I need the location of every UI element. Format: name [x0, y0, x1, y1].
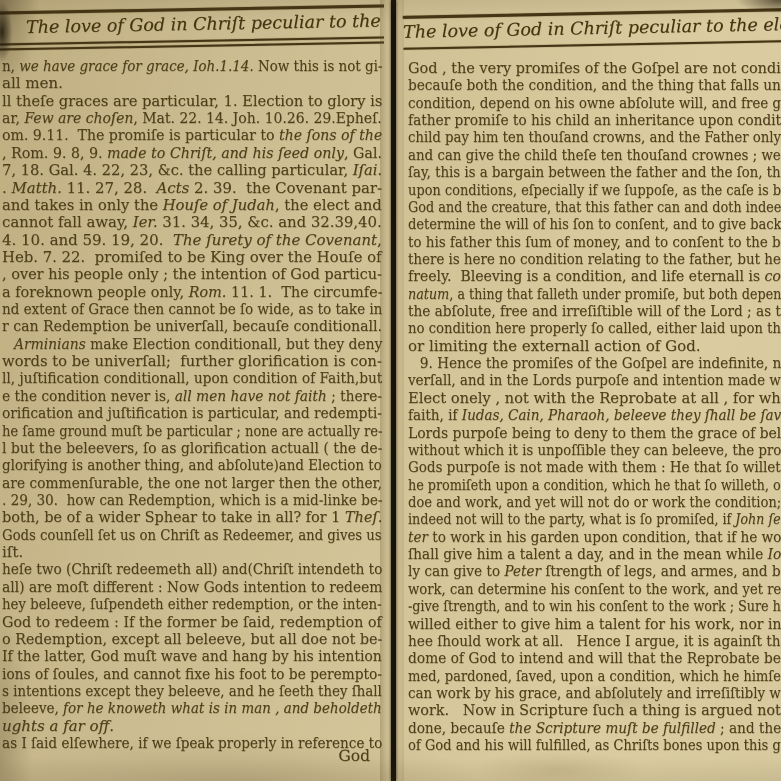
text-line: of God and his will fulfilled, as Chriſt… — [408, 737, 733, 754]
text-line: n, we have grace for grace, Ioh.1.14. No… — [2, 58, 343, 75]
text-line: God , the very promiſes of the Goſpel ar… — [408, 60, 767, 77]
text-line: can work by his grace, and abſolutely an… — [408, 685, 740, 702]
text-line: -give ſtrength, and to win his conſent t… — [408, 598, 724, 615]
text-line: the abſolute, free and irreſiſtible will… — [408, 303, 747, 320]
text-line: freely. Bleeving is a condition, and lif… — [408, 268, 757, 285]
text-line: verſall, and in the Lords purpoſe and in… — [408, 372, 741, 389]
text-line: ar, Few are choſen, Mat. 22. 14. Joh. 10… — [2, 110, 356, 127]
text-line: Lords purpoſe being to deny to them the … — [408, 425, 752, 442]
text-line: nd extent of Grace then cannot be ſo wid… — [2, 301, 343, 318]
text-line: ions of ſoules, and cannot fixe his foot… — [2, 666, 350, 683]
text-line: all men. — [2, 75, 382, 92]
text-line: Gods counſell ſet us on Chriſt as Redeem… — [2, 527, 337, 544]
right-running-header: The love of God in Chriſt peculiar to th… — [403, 8, 781, 49]
text-line: are commenſurable, the one not larger th… — [2, 475, 352, 492]
text-line: e the condition never is, all men have n… — [2, 388, 350, 405]
text-line: 7, 18. Gal. 4. 22, 23, &c. the calling p… — [2, 162, 373, 179]
text-line: ll, juſtification conditionall, upon con… — [2, 370, 348, 387]
text-line: natum, a thing that falleth under promiſ… — [408, 286, 725, 303]
text-line: no condition here properly ſo called, ei… — [408, 320, 736, 337]
text-line: father promiſe to his child an inheritan… — [408, 112, 748, 129]
text-line: o Redemption, except all beleeve, but al… — [2, 631, 363, 648]
text-line: a foreknown people only, Rom. 11. 1. The… — [2, 284, 367, 301]
text-line: Gods purpoſe is not made with them : He … — [408, 459, 742, 476]
text-line: . Matth. 11. 27, 28. Acts 2. 39. the Cov… — [2, 180, 379, 197]
text-line: hee ſhould work at all. Hence I argue, i… — [408, 633, 747, 650]
text-line: ughts a far off. — [2, 718, 382, 735]
text-line: , Rom. 9. 8, 9. made to Chriſt, and his … — [2, 145, 362, 162]
text-line: ſhall give him a talent a day, and in th… — [408, 546, 749, 563]
text-line: l but the beleevers, ſo as glorification… — [2, 440, 355, 457]
text-line: beleeve, for he knoweth what is in man ,… — [2, 700, 343, 717]
text-line: doe and work, and yet will not do or wor… — [408, 494, 733, 511]
right-page: The love of God in Chriſt peculiar to th… — [401, 0, 781, 781]
text-line: ll theſe graces are particular, 1. Elect… — [2, 93, 373, 110]
book-scan: { "document": { "running_title": "The lo… — [0, 0, 781, 781]
right_page-lines: God , the very promiſes of the Goſpel ar… — [408, 60, 781, 754]
text-line: r can Redemption be univerſall, becauſe … — [2, 318, 359, 335]
left-page: The love of God in Chriſt peculiar to th… — [0, 0, 384, 781]
catchword: God — [0, 747, 370, 765]
text-line: willed either to give him a talent for h… — [408, 616, 757, 633]
text-line: indeed not will to the party, what is ſo… — [408, 511, 723, 528]
text-line: work, can determine his conſent to the w… — [408, 581, 735, 598]
text-line: determine the will of his ſon to conſent… — [408, 216, 731, 233]
text-line: both, be of a wider Sphear to take in al… — [2, 509, 368, 526]
text-line: 4. 10. and 59. 19, 20. The ſurety of the… — [2, 232, 381, 249]
text-line: 9. Hence the promiſes of the Goſpel are … — [408, 355, 747, 372]
text-line: faith, if Iudas, Cain, Pharaoh, beleeve … — [408, 407, 744, 424]
text-line: heſe two (Chriſt redeemeth all) and(Chri… — [2, 561, 347, 578]
text-line: to his father this ſum of money, and to … — [408, 234, 742, 251]
text-line: . 29, 30. how can Redemption, which is a… — [2, 492, 345, 509]
text-line: words to be univerſall; further glorific… — [2, 353, 375, 370]
text-line: and can give the child theſe ten thouſan… — [408, 147, 740, 164]
text-line: ſay, this is a bargain between the fathe… — [408, 164, 739, 181]
text-line: Heb. 7. 22. promiſed to be King over the… — [2, 249, 378, 266]
text-line: , over his people only ; the intention o… — [2, 266, 368, 283]
left_page-lines: n, we have grace for grace, Ioh.1.14. No… — [2, 58, 382, 752]
text-line: becauſe both the condition, and the thin… — [408, 77, 746, 94]
text-line: Elect onely , not with the Reprobate at … — [408, 390, 772, 407]
left-running-header: The love of God in Chriſt peculiar to th… — [0, 4, 384, 50]
text-line: hey beleeve, ſuſpendeth either redemptio… — [2, 596, 338, 613]
text-line: ter to work in his garden upon condition… — [408, 529, 745, 546]
text-line: God and the creature, that this father c… — [408, 199, 726, 216]
text-line: and takes in only the Houſe of Judah, th… — [2, 197, 375, 214]
text-line: glorifying is another thing, and abſolut… — [2, 457, 341, 474]
text-line: ly can give to Peter ſtrength of legs, a… — [408, 563, 747, 580]
text-line: Arminians make Election conditionall, bu… — [2, 336, 352, 353]
text-line: condition, depend on his owne abſolute w… — [408, 95, 740, 112]
text-line: all) are moſt different : Now Gods inten… — [2, 579, 352, 596]
text-line: God to redeem : If the former be ſaid, r… — [2, 614, 364, 631]
text-line: med, pardoned, ſaved, upon a condition, … — [408, 668, 732, 685]
text-line: there is here no condition relating to t… — [408, 251, 741, 268]
text-line: If the latter, God muſt wave and hang by… — [2, 648, 355, 665]
text-line: dome of God to intend and will that the … — [408, 650, 750, 667]
text-line: or limiting the externall action of God. — [408, 338, 781, 355]
text-line: done, becauſe the Scripture muſt be fulf… — [408, 720, 747, 737]
text-line: s intentions except they beleeve, and he… — [2, 683, 341, 700]
text-line: he promiſeth upon a condition, which he … — [408, 477, 725, 494]
text-line: child pay him ten thouſand crowns, and t… — [408, 129, 737, 146]
page-gutter-line — [391, 0, 396, 781]
text-line: iſt. — [2, 544, 382, 561]
text-line: upon conditions, eſpecially if we ſuppoſ… — [408, 182, 730, 199]
text-line: he ſame ground muſt be particular ; none… — [2, 423, 333, 440]
text-line: work. Now in Scripture ſuch a thing is a… — [408, 702, 765, 719]
text-line: cannot fall away, Ier. 31. 34, 35, &c. a… — [2, 214, 378, 231]
text-line: om. 9.11. The promiſe is particular to t… — [2, 127, 359, 144]
text-line: without which it is unpoſſible they can … — [408, 442, 739, 459]
text-line: orification and juſtification is particu… — [2, 405, 349, 422]
